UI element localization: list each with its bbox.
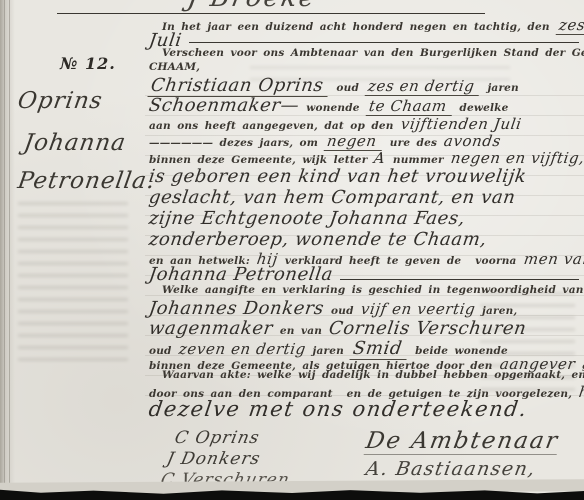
printed-text: aan ons heeft aangegeven, dat op den <box>149 120 394 132</box>
handwritten-text: Christiaan Oprins <box>147 75 330 97</box>
handwritten-text: Smid <box>349 338 409 360</box>
page-edge-line <box>9 0 10 500</box>
printed-text: voorna <box>475 255 516 267</box>
act-line: geslacht, van hem Comparant, en van <box>149 187 579 208</box>
handwritten-text: hebben <box>578 383 584 401</box>
handwritten-text: wagenmaker <box>148 318 275 339</box>
printed-text: jaren <box>313 345 344 357</box>
margin-child-surname: Oprins <box>18 88 158 114</box>
act-line: en aan hetwelk:hijverklaard heeft te gev… <box>149 250 579 264</box>
handwritten-text: zeven en dertig <box>177 340 306 358</box>
printed-text: Verscheen voor ons Ambtenaar van den Bur… <box>162 47 584 59</box>
handwritten-text: zestienden <box>555 16 584 35</box>
official-name: A. Bastiaansen, <box>364 458 538 480</box>
handwritten-text: zonderberoep, wonende te Chaam, <box>148 229 489 250</box>
printed-text: —————— dezes jaars, om <box>149 137 318 149</box>
printed-text: ure des <box>390 137 437 149</box>
act-line: Johanna Petronella <box>149 264 579 284</box>
handwritten-text: Juli <box>148 30 184 51</box>
handwritten-text: Johanna Petronella <box>148 264 335 285</box>
act-line: zonderberoep, wonende te Chaam, <box>149 229 579 250</box>
act-line: CHAAM, <box>149 61 579 75</box>
act-line: In het jaar een duizend acht honderd neg… <box>149 16 579 30</box>
act-line: —————— dezes jaars, omnegenure desavonds <box>149 132 579 149</box>
act-line: aan ons heeft aangegeven, dat op denvijf… <box>149 115 579 132</box>
act-line: dezelve met ons onderteekend. <box>149 397 579 422</box>
printed-text: jaren <box>487 82 518 94</box>
act-body: In het jaar een duizend acht honderd neg… <box>149 16 579 422</box>
margin-child-firstname: Johanna <box>24 130 164 156</box>
act-line: Johannes Donkersoudvijf en veertigjaren, <box>149 298 579 318</box>
handwritten-text: zes en dertig <box>365 77 482 96</box>
handwritten-text: Cornelis Verschuren <box>328 318 528 339</box>
separator-rule <box>57 13 485 14</box>
blank-rule <box>189 42 579 43</box>
printed-text: jaren, <box>482 305 517 317</box>
witness-signature: J Donkers <box>165 449 292 469</box>
printed-text: oud <box>149 345 172 357</box>
handwritten-text: aangever <box>498 355 576 373</box>
act-line: wagenmakeren vanCornelis Verschuren <box>149 318 579 338</box>
bleed-through-smudge <box>18 200 128 370</box>
act-line: zijne Echtgenoote Johanna Faes, <box>149 208 579 229</box>
printed-text: oud <box>331 305 354 317</box>
act-line: Welke aangifte en verklaring is geschied… <box>149 284 579 298</box>
witness-signature: C Oprins <box>173 428 292 448</box>
handwritten-text: Johannes Donkers <box>148 298 326 319</box>
document-page: { "document": { "previous_record_signatu… <box>0 0 584 500</box>
official-title: De Ambtenaar <box>364 428 561 455</box>
printed-text: nummer <box>393 154 444 166</box>
printed-text: beide wonende <box>415 345 508 357</box>
printed-text: binnen deze Gemeente, wijk letter <box>149 154 367 166</box>
act-line: oudzeven en dertigjarenSmidbeide wonende <box>149 338 579 355</box>
handwritten-text: Schoenmaker— <box>148 95 301 116</box>
blank-rule <box>340 279 579 280</box>
handwritten-text: geslacht, van hem Comparant, en van <box>148 187 517 208</box>
handwritten-text: A <box>373 149 387 167</box>
act-line: Christiaan Oprinsoudzes en dertigjaren <box>149 75 579 95</box>
printed-text: Welke aangifte en verklaring is geschied… <box>162 284 584 296</box>
act-line: Schoenmaker—wonendete Chaamdewelke <box>149 95 579 115</box>
act-number: № 12. <box>60 54 116 73</box>
act-line: door ons aan den comparanten de getuigen… <box>149 383 579 397</box>
previous-record-signature: J Broeke <box>185 0 319 13</box>
handwritten-text: negen en vijftig, <box>450 149 584 167</box>
margin-child-middlename: Petronella. <box>18 168 158 194</box>
printed-text: oud <box>336 82 359 94</box>
printed-text: dewelke <box>459 102 508 114</box>
page-edge-line <box>4 0 5 500</box>
act-line: is geboren een kind van het vrouwelijk <box>149 166 579 187</box>
book-binding-edge <box>0 0 15 500</box>
handwritten-text: te Chaam <box>365 97 453 116</box>
printed-text: CHAAM, <box>149 61 200 73</box>
act-line: Verscheen voor ons Ambtenaar van den Bur… <box>149 47 579 61</box>
act-line: binnen deze Gemeente, wijk letterAnummer… <box>149 149 579 166</box>
handwritten-text: dezelve met ons onderteekend. <box>147 397 529 421</box>
printed-text: wonende <box>306 102 359 114</box>
printed-text: en van <box>280 325 322 337</box>
handwritten-text: men van <box>522 250 584 268</box>
handwritten-text: zijne Echtgenoote Johanna Faes, <box>148 208 467 229</box>
handwritten-text: vijf en veertig <box>359 300 476 318</box>
handwritten-text: vijftienden Juli <box>399 115 522 133</box>
handwritten-text: is geboren een kind van het vrouwelijk <box>148 166 528 187</box>
printed-text: In het jaar een duizend acht honderd neg… <box>162 21 550 33</box>
handwritten-text: avonds <box>443 132 503 150</box>
